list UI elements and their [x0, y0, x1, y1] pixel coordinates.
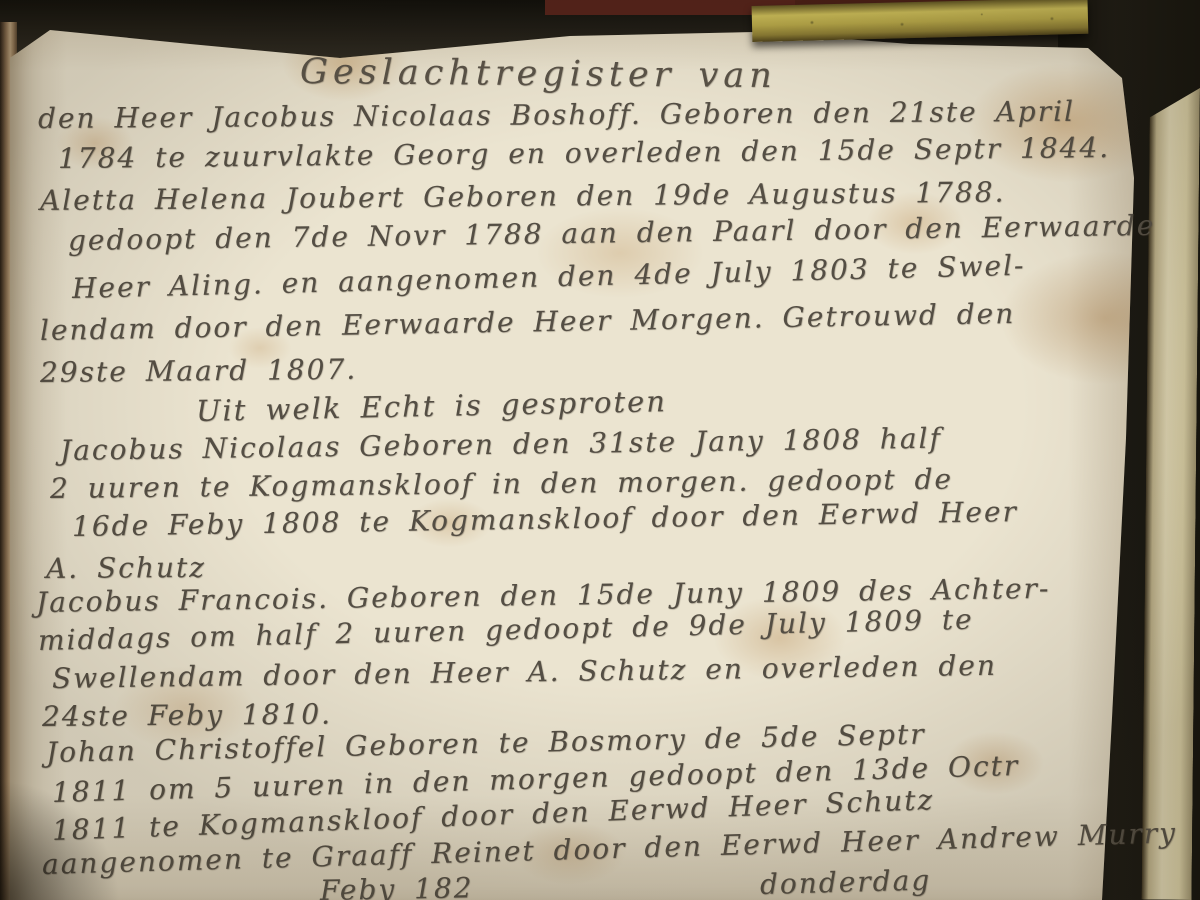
handwritten-line: Aletta Helena Joubert Geboren den 19de A… [40, 176, 1006, 217]
handwriting-layer: Geslachtregister van den Heer Jacobus Ni… [0, 0, 1200, 900]
handwritten-line-fragment: donderdag [760, 864, 932, 900]
handwritten-line: Uit welk Echt is gesproten [196, 384, 668, 428]
handwritten-line: A. Schutz [46, 551, 206, 585]
handwritten-line: Swellendam door den Heer A. Schutz en ov… [52, 649, 997, 695]
handwritten-line: Jacobus Nicolaas Geboren den 31ste Jany … [60, 422, 942, 467]
handwritten-line-fragment: Feby 182 [320, 871, 474, 900]
handwritten-line: Heer Aling. en aangenomen den 4de July 1… [72, 249, 1026, 305]
handwritten-line: 24ste Feby 1810. [42, 697, 332, 733]
handwritten-line: 29ste Maard 1807. [40, 353, 357, 389]
handwritten-line: 1784 te zuurvlakte Georg en overleden de… [58, 131, 1110, 175]
handwritten-line: lendam door den Eerwaarde Heer Morgen. G… [40, 297, 1016, 347]
register-title: Geslachtregister van [300, 52, 777, 96]
photo-of-register-page: Geslachtregister van den Heer Jacobus Ni… [0, 0, 1200, 900]
handwritten-line: den Heer Jacobus Nicolaas Boshoff. Gebor… [38, 95, 1075, 135]
